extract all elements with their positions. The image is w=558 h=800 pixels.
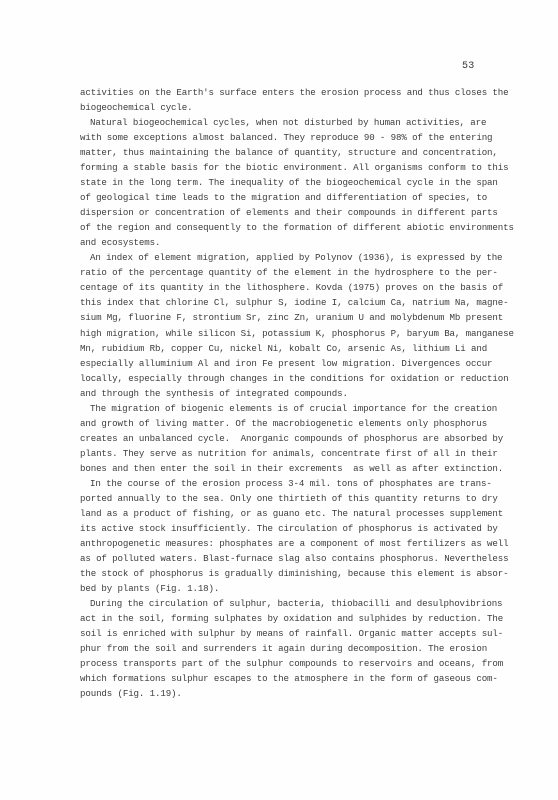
text-line: Natural biogeochemical cycles, when not … xyxy=(80,115,484,130)
text-line: centage of its quantity in the lithosphe… xyxy=(80,280,484,295)
text-line: dispersion or concentration of elements … xyxy=(80,205,484,220)
text-line: and through the synthesis of integrated … xyxy=(80,386,484,401)
text-line: An index of element migration, applied b… xyxy=(80,250,484,265)
text-line: pounds (Fig. 1.19). xyxy=(80,686,484,701)
text-line: and growth of living matter. Of the macr… xyxy=(80,416,484,431)
text-line: with some exceptions almost balanced. Th… xyxy=(80,130,484,145)
text-line: matter, thus maintaining the balance of … xyxy=(80,145,484,160)
text-line: sium Mg, fluorine F, strontium Sr, zinc … xyxy=(80,310,484,325)
text-line: of the region and consequently to the fo… xyxy=(80,220,484,235)
text-line: Mn, rubidium Rb, copper Cu, nickel Ni, k… xyxy=(80,341,484,356)
page-number: 53 xyxy=(462,61,474,73)
text-line: activities on the Earth's surface enters… xyxy=(80,85,484,100)
body-text: activities on the Earth's surface enters… xyxy=(80,85,484,701)
text-line: and ecosystems. xyxy=(80,235,484,250)
text-line: which formations sulphur escapes to the … xyxy=(80,671,484,686)
text-line: bed by plants (Fig. 1.18). xyxy=(80,581,484,596)
text-line: ported annually to the sea. Only one thi… xyxy=(80,491,484,506)
text-line: anthropogenetic measures: phosphates are… xyxy=(80,536,484,551)
text-line: bones and then enter the soil in their e… xyxy=(80,461,484,476)
text-line: locally, especially through changes in t… xyxy=(80,371,484,386)
text-line: of geological time leads to the migratio… xyxy=(80,190,484,205)
text-line: biogeochemical cycle. xyxy=(80,100,484,115)
text-line: as of polluted waters. Blast-furnace sla… xyxy=(80,551,484,566)
text-line: soil is enriched with sulphur by means o… xyxy=(80,626,484,641)
text-line: forming a stable basis for the biotic en… xyxy=(80,160,484,175)
text-line: phur from the soil and surrenders it aga… xyxy=(80,641,484,656)
text-line: In the course of the erosion process 3-4… xyxy=(80,476,484,491)
text-line: this index that chlorine Cl, sulphur S, … xyxy=(80,295,484,310)
text-line: land as a product of fishing, or as guan… xyxy=(80,506,484,521)
text-line: creates an unbalanced cycle. Anorganic c… xyxy=(80,431,484,446)
document-page: 53 activities on the Earth's surface ent… xyxy=(0,0,558,800)
text-line: process transports part of the sulphur c… xyxy=(80,656,484,671)
text-line: act in the soil, forming sulphates by ox… xyxy=(80,611,484,626)
text-line: its active stock insufficiently. The cir… xyxy=(80,521,484,536)
text-line: especially alluminium Al and iron Fe pre… xyxy=(80,356,484,371)
text-line: The migration of biogenic elements is of… xyxy=(80,401,484,416)
text-line: ratio of the percentage quantity of the … xyxy=(80,265,484,280)
text-line: high migration, while silicon Si, potass… xyxy=(80,326,484,341)
text-line: the stock of phosphorus is gradually dim… xyxy=(80,566,484,581)
text-line: During the circulation of sulphur, bacte… xyxy=(80,596,484,611)
text-line: plants. They serve as nutrition for anim… xyxy=(80,446,484,461)
text-line: state in the long term. The inequality o… xyxy=(80,175,484,190)
